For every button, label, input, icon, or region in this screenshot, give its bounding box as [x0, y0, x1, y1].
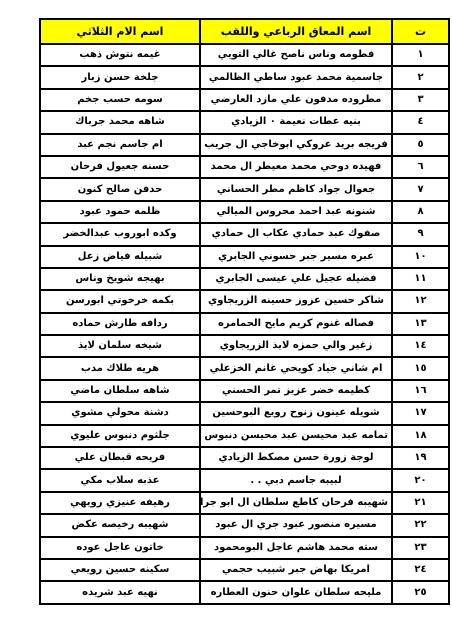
row-number-cell: ١٩ [392, 447, 449, 469]
disabled-name-cell: فصاله غنوم كريم مايح الحمامره [200, 313, 392, 335]
row-number-cell: ٣ [392, 89, 449, 111]
mother-name-cell: غيمه نتوش ذهب [40, 44, 200, 66]
disabled-name-cell: مسيره منصور عبود جري ال عبود [200, 514, 392, 536]
row-number-cell: ١٠ [392, 246, 449, 268]
mother-name-cell: حدفن صالح كنون [40, 178, 200, 200]
table-row: ٥فريجه بريد عروكي ابوخاجي ال جريبام جاسم… [40, 134, 449, 156]
row-number-cell: ١٢ [392, 290, 449, 312]
table-row: ١٦كطيمه خضر عزيز تمر الحسنيشاهه سلطان ما… [40, 380, 449, 402]
disabled-name-cell: شاكر حسين عزوز حسينه الزريجاوي [200, 290, 392, 312]
table-row: ٨شنونه عبد احمد محروس المياليظلمه حمود ع… [40, 201, 449, 223]
mother-name-cell: فريحه قبطان علي [40, 447, 200, 469]
row-number-cell: ٢٠ [392, 469, 449, 491]
table-row: ١٥ام شاني جياد كويحي غانم الخزعليهريه طل… [40, 357, 449, 379]
mother-name-cell: هريه طلاك مدب [40, 357, 200, 379]
document-page: ت اسم المعاق الرباعي واللقب اسم الام الث… [0, 0, 452, 639]
table-row: ٢٢مسيره منصور عبود جري ال عبودشهيبه رخيص… [40, 514, 449, 536]
table-row: ٢٥مليحه سلطان علوان حنون العطارهنهيه عبد… [40, 581, 449, 603]
table-row: ١٩لوجة زورة حسن مصكط الزياديفريحه قبطان … [40, 447, 449, 469]
row-number-cell: ٨ [392, 201, 449, 223]
table-row: ٢٤امريكا بهاض جبر شبيب حجميسكينه حسين رو… [40, 559, 449, 581]
disabled-name-cell: ام شاني جياد كويحي غانم الخزعلي [200, 357, 392, 379]
disabled-name-cell: جاسمية محمد عبود ساطي الظالمي [200, 66, 392, 88]
table-row: ١٣فصاله غنوم كريم مايح الحمامرهردافه طار… [40, 313, 449, 335]
table-row: ١٤زغير والي حمزه لايذ الزريجاويشيخه سلما… [40, 335, 449, 357]
table-row: ٢جاسمية محمد عبود ساطي الظالميجلخة حسن ز… [40, 66, 449, 88]
table-row: ١٢شاكر حسين عزوز حسينه الزريجاويبكمه خرخ… [40, 290, 449, 312]
header-disabled-name: اسم المعاق الرباعي واللقب [200, 19, 392, 44]
disabled-name-cell: تمامه عبد محيسن عبد محيسن دنبوس آل زويد [200, 425, 392, 447]
row-number-cell: ١ [392, 44, 449, 66]
header-mother-name: اسم الام الثلاثي [40, 19, 200, 44]
mother-name-cell: وكده ابوروب عبدالخضر [40, 223, 200, 245]
disabled-name-cell: فضيله عجيل علي عيسى الجابري [200, 268, 392, 290]
table-row: ١١فضيله عجيل علي عيسى الجابريبهيجه شويخ … [40, 268, 449, 290]
table-row: ١٧شويله عينون زنوح رويع البوحسيندشنة محو… [40, 402, 449, 424]
disabled-name-cell: لوجة زورة حسن مصكط الزيادي [200, 447, 392, 469]
mother-name-cell: سومه حسب جخم [40, 89, 200, 111]
disabled-name-cell: فهيده دوحي محمد معيطر ال محمد [200, 156, 392, 178]
mother-name-cell: ام جاسم نجم عبد [40, 134, 200, 156]
mother-name-cell: شاهه سلطان ماضي [40, 380, 200, 402]
table-row: ٢١شهيبه فرحان كاطع سلطان ال ابو جرادرهيف… [40, 492, 449, 514]
row-number-cell: ٢٢ [392, 514, 449, 536]
table-row: ١فطومه وناس ناصح غالي التوييغيمه نتوش ذه… [40, 44, 449, 66]
disabled-name-cell: شنونه عبد احمد محروس الميالي [200, 201, 392, 223]
header-index: ت [392, 19, 449, 44]
disabled-name-cell: مليحه سلطان علوان حنون العطاره [200, 581, 392, 603]
mother-name-cell: دشنة محولي مشوي [40, 402, 200, 424]
row-number-cell: ٢٥ [392, 581, 449, 603]
table-row: ٤بنيه عطات نعيمة ٠ الزياديشاهه محمد جربا… [40, 111, 449, 133]
row-number-cell: ٥ [392, 134, 449, 156]
row-number-cell: ١١ [392, 268, 449, 290]
disabled-name-cell: شويله عينون زنوح رويع البوحسين [200, 402, 392, 424]
disabled-name-cell: لبيبه جاسم دبي . . [200, 469, 392, 491]
table-row: ١٨تمامه عبد محيسن عبد محيسن دنبوس آل زوي… [40, 425, 449, 447]
mother-name-cell: حسنه جعيول فرحان [40, 156, 200, 178]
disabled-name-cell: فريجه بريد عروكي ابوخاجي ال جريب [200, 134, 392, 156]
row-number-cell: ٢٣ [392, 537, 449, 559]
disabled-name-cell: امريكا بهاض جبر شبيب حجمي [200, 559, 392, 581]
mother-name-cell: جلثوم دنبوس عليوي [40, 425, 200, 447]
mother-name-cell: عذبه سلاب مكي [40, 469, 200, 491]
disabled-name-cell: صفوك عبد حمادي عكاب ال حمادي [200, 223, 392, 245]
mother-name-cell: ردافه طارش حماده [40, 313, 200, 335]
table-row: ٢٠لبيبه جاسم دبي . .عذبه سلاب مكي [40, 469, 449, 491]
names-table: ت اسم المعاق الرباعي واللقب اسم الام الث… [39, 18, 450, 605]
row-number-cell: ٦ [392, 156, 449, 178]
mother-name-cell: ظلمه حمود عبود [40, 201, 200, 223]
mother-name-cell: بكمه خرخوتي ابورسن [40, 290, 200, 312]
disabled-name-cell: شهيبه فرحان كاطع سلطان ال ابو جراد [200, 492, 392, 514]
mother-name-cell: بهيجه شويخ وناس [40, 268, 200, 290]
table-row: ٦فهيده دوحي محمد معيطر ال محمدحسنه جعيول… [40, 156, 449, 178]
row-number-cell: ٤ [392, 111, 449, 133]
mother-name-cell: جلخة حسن زبار [40, 66, 200, 88]
table-row: ٩صفوك عبد حمادي عكاب ال حماديوكده ابوروب… [40, 223, 449, 245]
table-row: ٢٣سته محمد هاشم عاجل البومحمودخاتون عاجل… [40, 537, 449, 559]
disabled-name-cell: سته محمد هاشم عاجل البومحمود [200, 537, 392, 559]
mother-name-cell: رهيفه عنيزي رويهي [40, 492, 200, 514]
row-number-cell: ١٥ [392, 357, 449, 379]
table-row: ١٠عبره مسير جبر حسوني الجابريشبيله فياض … [40, 246, 449, 268]
mother-name-cell: شهيبه رخيصه عكض [40, 514, 200, 536]
row-number-cell: ٢ [392, 66, 449, 88]
row-number-cell: ٧ [392, 178, 449, 200]
row-number-cell: ١٣ [392, 313, 449, 335]
disabled-name-cell: عبره مسير جبر حسوني الجابري [200, 246, 392, 268]
row-number-cell: ١٧ [392, 402, 449, 424]
mother-name-cell: شبيله فياض زعل [40, 246, 200, 268]
table-header-row: ت اسم المعاق الرباعي واللقب اسم الام الث… [40, 19, 449, 44]
row-number-cell: ١٦ [392, 380, 449, 402]
mother-name-cell: سكينه حسين رويعي [40, 559, 200, 581]
row-number-cell: ٩ [392, 223, 449, 245]
disabled-name-cell: فطومه وناس ناصح غالي التويي [200, 44, 392, 66]
disabled-name-cell: زغير والي حمزه لايذ الزريجاوي [200, 335, 392, 357]
row-number-cell: ٢٤ [392, 559, 449, 581]
row-number-cell: ٢١ [392, 492, 449, 514]
table-row: ٣مطروده مدفون علي مازد العارضيسومه حسب ج… [40, 89, 449, 111]
row-number-cell: ١٤ [392, 335, 449, 357]
disabled-name-cell: كطيمه خضر عزيز تمر الحسني [200, 380, 392, 402]
row-number-cell: ١٨ [392, 425, 449, 447]
mother-name-cell: شيخه سلمان لايذ [40, 335, 200, 357]
table-row: ٧جعوال جواد كاظم مطر الحسانيحدفن صالح كن… [40, 178, 449, 200]
disabled-name-cell: بنيه عطات نعيمة ٠ الزيادي [200, 111, 392, 133]
mother-name-cell: نهيه عبد شريده [40, 581, 200, 603]
mother-name-cell: خاتون عاجل عوده [40, 537, 200, 559]
disabled-name-cell: جعوال جواد كاظم مطر الحساني [200, 178, 392, 200]
mother-name-cell: شاهه محمد جرباك [40, 111, 200, 133]
disabled-name-cell: مطروده مدفون علي مازد العارضي [200, 89, 392, 111]
table-body: ١فطومه وناس ناصح غالي التوييغيمه نتوش ذه… [40, 44, 449, 604]
